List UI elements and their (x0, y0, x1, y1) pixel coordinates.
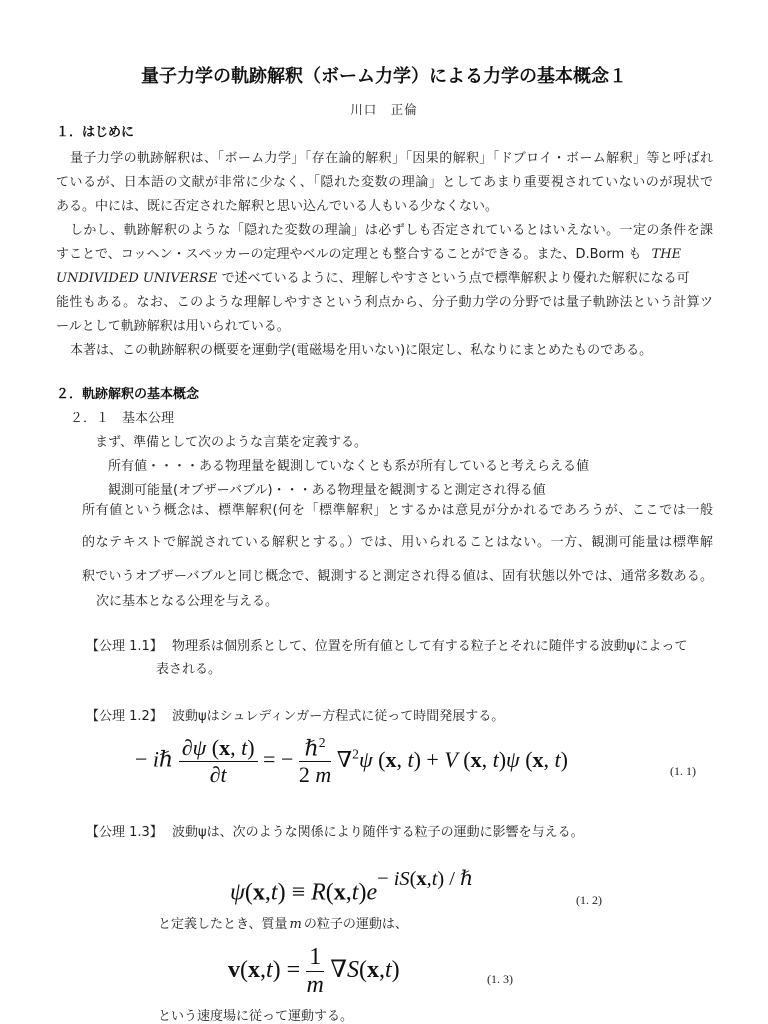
velocity-field-text: という速度場に従って運動する。 (158, 1008, 353, 1024)
axiom-1-2-label: 【公理 1.2】 (86, 708, 163, 726)
document-title: 量子力学の軌跡解釈（ボーム力学）による力学の基本概念１ (0, 64, 768, 90)
equation-explanation: と定義したとき、質量mの粒子の運動は、 (158, 916, 408, 934)
document-author: 川口 正倫 (0, 101, 768, 119)
paragraph-line: しかし、軌跡解釈のような「隠れた変数の理論」は必ずしも否定されているとはいえない… (70, 222, 713, 240)
definition-observable: 観測可能量(オブザーバブル)・・・ある物理量を観測すると測定され得る値 (108, 482, 546, 500)
section2-heading: ２．軌跡解釈の基本概念 (56, 386, 199, 404)
equation-polar-form: ψ(x,t) ≡ R(x,t)e− iS(x,t) / ℏ (230, 866, 473, 906)
paragraph-line: 能性もある。なお、このような理解しやすさという利点から、分子動力学の分野では量子… (56, 294, 713, 312)
axiom-1-3-label: 【公理 1.3】 (86, 824, 163, 842)
paragraph-text: で述べているように、理解しやすさという点で標準解釈より優れた解釈になる可 (222, 271, 690, 286)
paragraph-line: 釈でいうオブザーバブルと同じ概念で、観測すると測定され得る値は、固有状態以外では… (82, 568, 713, 586)
axiom-1-2-text: 波動ψはシュレディンガー方程式に従って時間発展する。 (172, 708, 504, 726)
paragraph-line: 所有値という概念は、標準解釈(何を「標準解釈」とするかは意見が分かれるであろうが… (82, 502, 713, 520)
axiom-1-1-text: 物理系は個別系として、位置を所有値として有する粒子とそれに随伴する波動ψによって (172, 638, 687, 656)
paragraph-line: ールとして軌跡解釈は用いられている。 (56, 318, 290, 336)
paragraph-line: ある。中には、既に否定された解釈と思い込んでいる人もいる少なくない。 (56, 198, 498, 216)
paragraph-line: すことで、コッヘン・スペッカーの定理やベルの定理とも整合することができる。また、… (56, 246, 713, 264)
paragraph-text: すことで、コッヘン・スペッカーの定理やベルの定理とも整合することができる。また、… (56, 247, 641, 262)
subsection-heading: ２．１ 基本公理 (70, 410, 174, 428)
axiom-1-1-label: 【公理 1.1】 (86, 638, 163, 656)
equation-number: (1. 1) (670, 764, 696, 779)
paragraph-line: 量子力学の軌跡解釈は、「ボーム力学」「存在論的解釈」「因果的解釈」「ドブロイ・ボ… (70, 150, 713, 168)
paragraph-line: ているが、日本語の文献が非常に少なく、「隠れた変数の理論」としてあまり重要視され… (56, 174, 713, 192)
definition-owned-value: 所有値・・・・ある物理量を観測していなくとも系が所有していると考えらえる値 (108, 458, 589, 476)
book-title-part2: UNDIVIDED UNIVERSE (56, 271, 217, 286)
equation-number: (1. 2) (576, 893, 602, 908)
equation-velocity-field: v(x,t) = 1m ∇S(x,t) (228, 944, 400, 999)
paragraph-line: UNDIVIDED UNIVERSE で述べているように、理解しやすさという点で… (56, 270, 713, 288)
book-title-part1: THE (652, 247, 682, 262)
equation-schrodinger: − iℏ ∂ψ (x, t)∂t = − ℏ22 m ∇2ψ (x, t) + … (135, 735, 568, 788)
paragraph-line: 本著は、この軌跡解釈の概要を運動学(電磁場を用いない)に限定し、私なりにまとめた… (70, 342, 652, 360)
axiom-1-3-text: 波動ψは、次のような関係により随伴する粒子の運動に影響を与える。 (172, 824, 584, 842)
axiom-intro: 次に基本となる公理を与える。 (96, 593, 278, 611)
section1-heading: １．はじめに (56, 124, 134, 142)
definitions-intro: まず、準備として次のような言葉を定義する。 (95, 434, 367, 452)
paragraph-line: 的なテキストで解説されている解釈とする。）では、用いられることはない。一方、観測… (82, 534, 713, 552)
equation-number: (1. 3) (487, 972, 513, 987)
axiom-1-1-text-cont: 表される。 (156, 661, 221, 679)
